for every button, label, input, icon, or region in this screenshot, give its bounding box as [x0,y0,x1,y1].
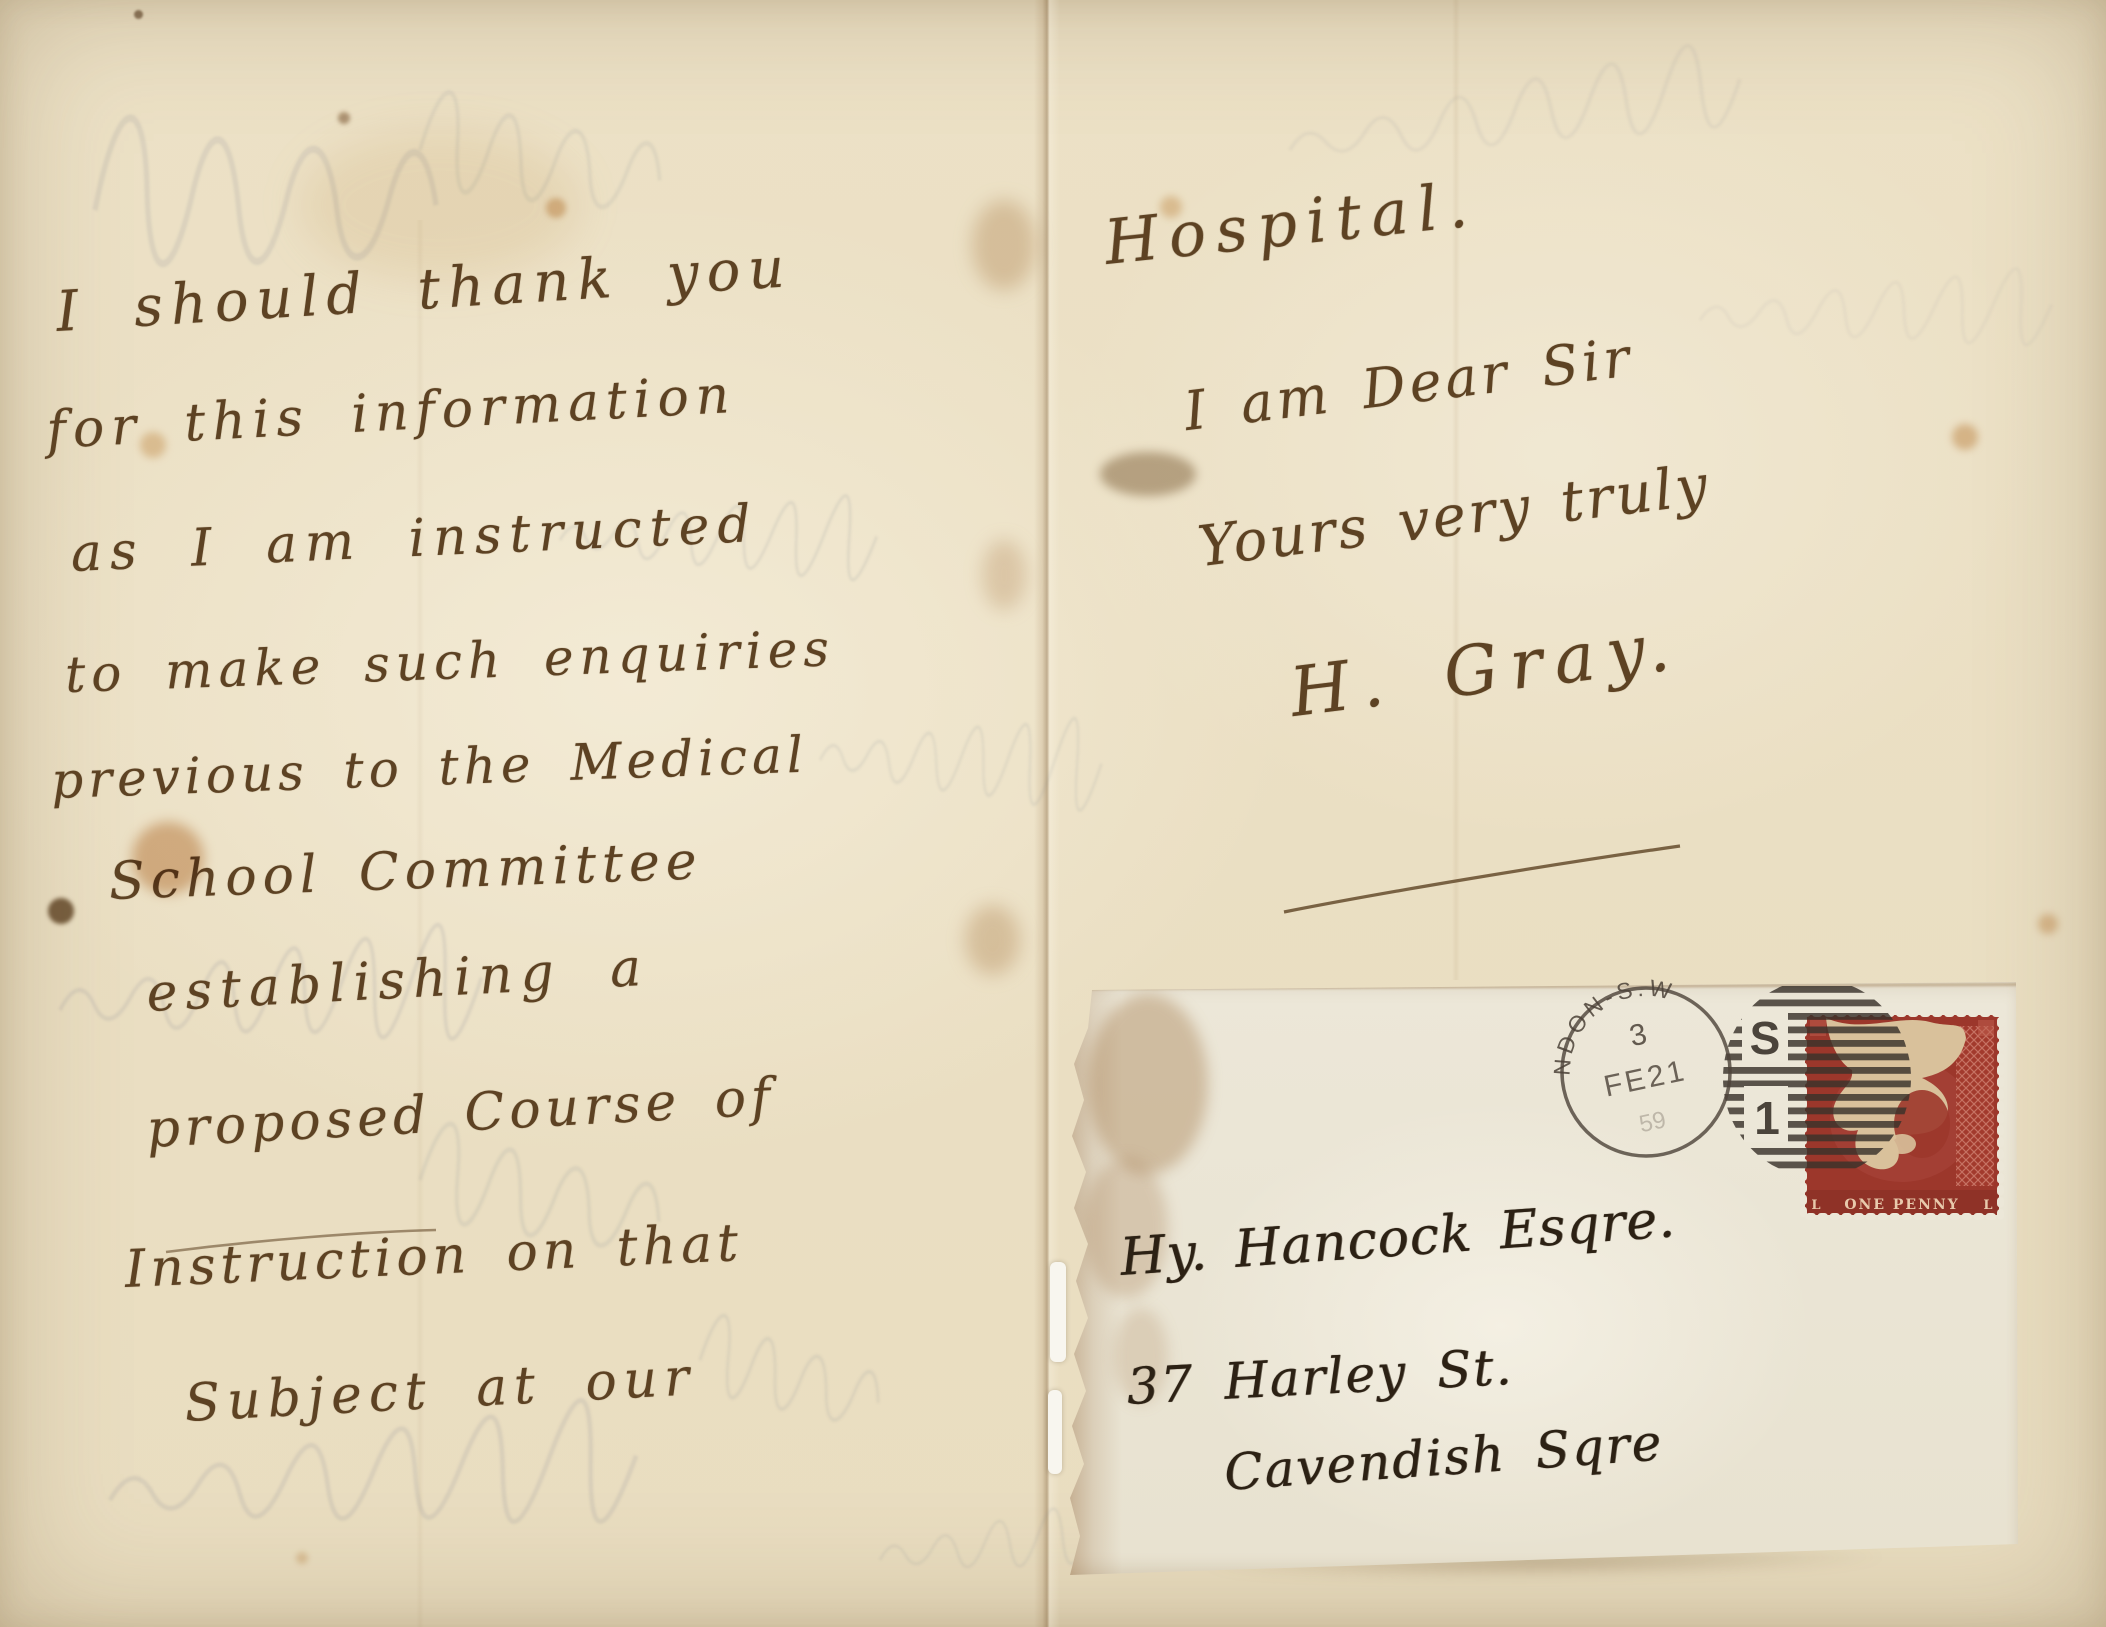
torn-edge-backing [1048,1390,1062,1474]
fold-stain [965,905,1020,975]
paper-speck [338,112,350,124]
paper-toning [300,130,580,280]
postmark-index-number: 3 [1627,1017,1650,1053]
paper-speck [134,10,143,19]
torn-edge-backing [1050,1262,1066,1362]
address-line-street: 37 Harley St. [1125,1342,1514,1412]
cancel-numeral: 1 [1754,1092,1780,1144]
stamp-corner-ornament [1978,1020,1994,1036]
cancel-letter: S [1750,1012,1781,1064]
circular-postmark: NDON-S.W 3 FE21 59 [1540,959,1746,1174]
stamp-corner-letter-right: L [1983,1198,1992,1213]
photographed-letter-scene: I should thank you for this information … [0,0,2106,1627]
postmark-date: FE21 [1601,1054,1690,1104]
postmark-year: 59 [1637,1106,1669,1138]
ink-smudge [1100,452,1196,496]
foxing-spot [140,432,166,458]
ink-blot [48,898,74,924]
foxing-spot [132,822,204,894]
address-line-square: Cavendish Sqre [1223,1417,1665,1498]
foxing-spot [296,1552,308,1564]
envelope-franking: ONE PENNY L L S 1 [1540,950,2106,1250]
signature-underline-flourish [1284,846,1680,912]
fold-stain [972,200,1036,290]
foxing-spot [1952,424,1978,450]
envelope-stain [1088,994,1208,1174]
foxing-spot [1160,196,1182,218]
t-bar-flourish [166,1230,436,1252]
foxing-spot [2038,914,2058,934]
stamp-denomination-text: ONE PENNY [1844,1197,1959,1213]
fold-stain [982,540,1026,610]
stamp-corner-letter-left: L [1811,1198,1820,1213]
